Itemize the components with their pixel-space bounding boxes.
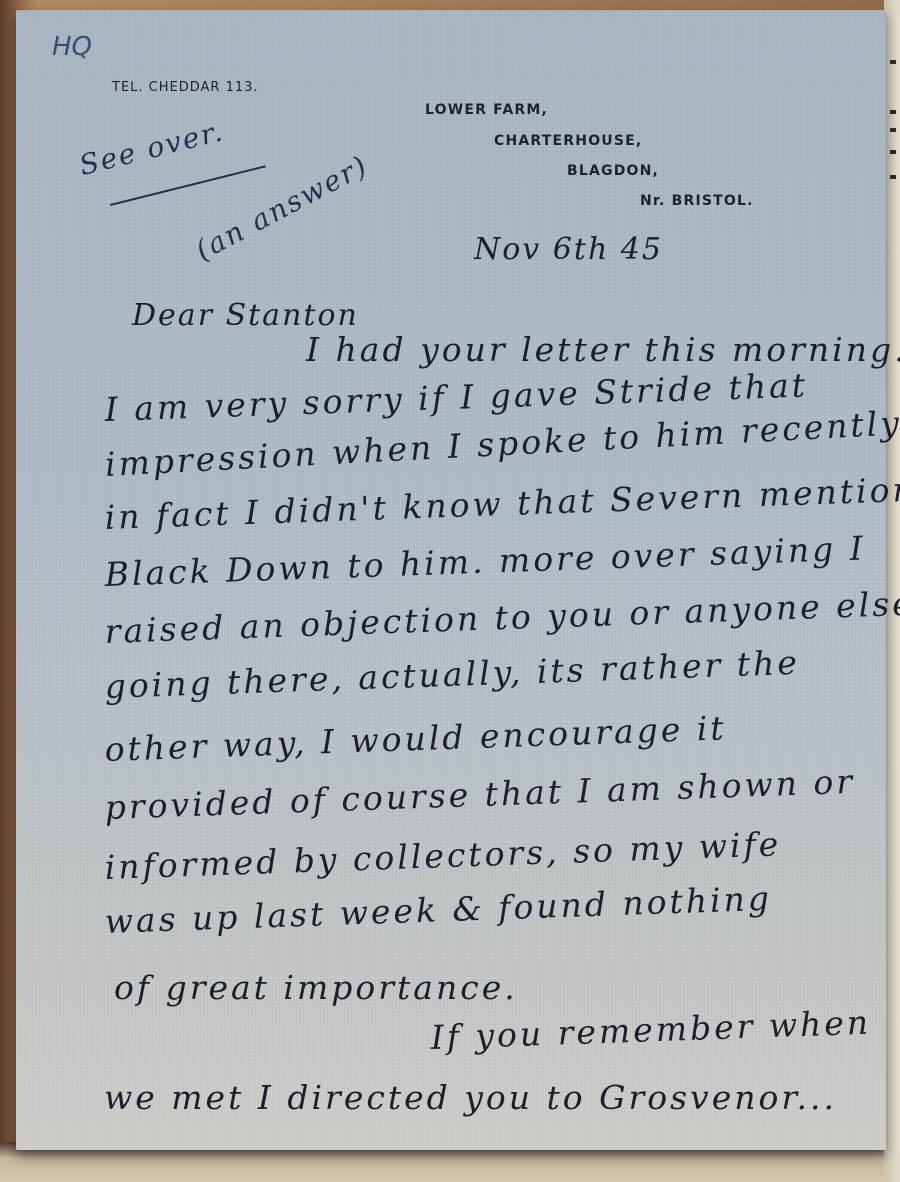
salutation: Dear Stanton bbox=[132, 298, 359, 333]
archive-mark: HQ bbox=[52, 32, 92, 62]
letterhead-address-line: LOWER FARM, bbox=[425, 102, 548, 118]
photo-stage: HQ TEL. CHEDDAR 113. LOWER FARM, CHARTER… bbox=[0, 0, 900, 1182]
body-line: I had your letter this morning. bbox=[306, 330, 900, 369]
edge-mark bbox=[890, 110, 896, 114]
edge-mark bbox=[890, 128, 896, 132]
letterhead-address-line: CHARTERHOUSE, bbox=[494, 133, 642, 149]
body-line: of great importance. bbox=[114, 968, 518, 1007]
letter-date: Nov 6th 45 bbox=[474, 232, 663, 267]
letterhead-telephone: TEL. CHEDDAR 113. bbox=[112, 80, 259, 95]
edge-mark bbox=[890, 175, 896, 179]
letterhead-address-line: BLAGDON, bbox=[567, 163, 659, 179]
body-line: we met I directed you to Grosvenor... bbox=[104, 1078, 837, 1117]
letterhead-address-line: Nr. BRISTOL. bbox=[640, 193, 754, 209]
edge-mark bbox=[890, 150, 896, 154]
edge-mark bbox=[890, 60, 896, 64]
